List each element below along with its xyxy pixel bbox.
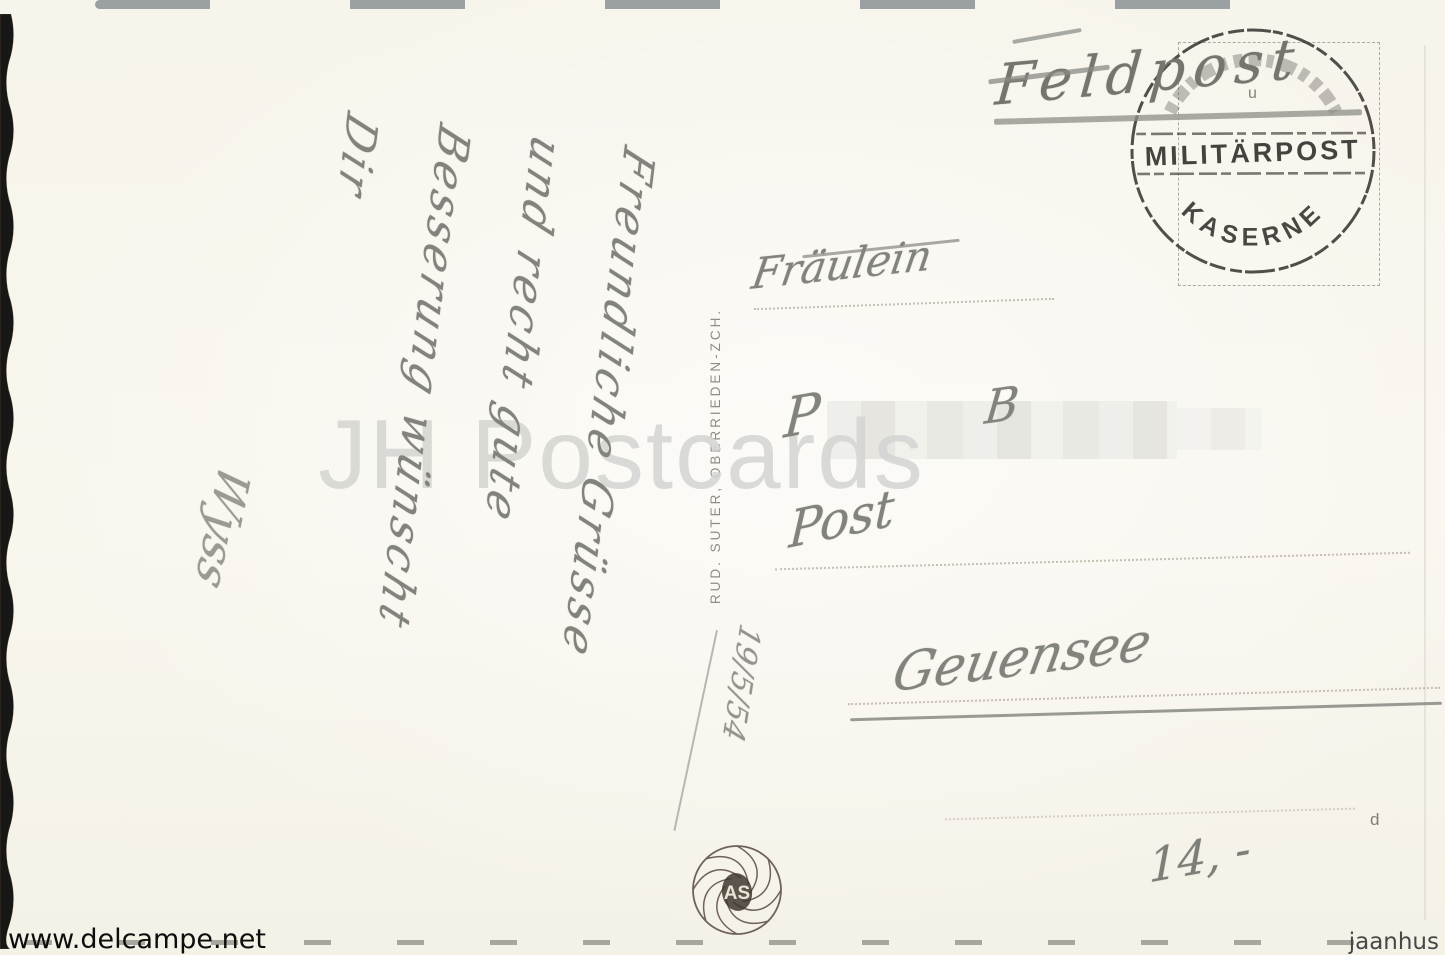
dotted-address-line-1 — [754, 298, 1054, 310]
postcard-back-scan: u MILITÄRPOST KASERNE Feldpost JH Postca… — [0, 0, 1445, 955]
town-pencil-underline — [850, 702, 1442, 722]
card-right-edge — [1424, 45, 1426, 920]
delcampe-credit: www.delcampe.net — [8, 924, 266, 955]
dotted-address-line-2 — [775, 552, 1410, 571]
addressee-initial-2: B — [982, 375, 1021, 435]
privacy-pixelation-block-small — [1177, 408, 1262, 450]
postmark-center-text: MILITÄRPOST — [1144, 134, 1361, 172]
postmark-bottom-text: KASERNE — [1176, 196, 1330, 251]
handwritten-message: Freundliche Grüsse und recht gute Besser… — [225, 109, 685, 830]
address-salutation: Fräulein — [749, 230, 936, 299]
printed-sorting-mark: d — [1370, 810, 1379, 830]
deckle-edge-top-dashes — [95, 0, 1325, 9]
seller-watermark: jaanhus — [1349, 929, 1439, 955]
logo-monogram: AS — [724, 883, 750, 904]
addressee-initial-1: P — [782, 380, 822, 451]
feldpost-strike-line-1 — [1012, 28, 1082, 44]
deckle-edge-left — [0, 14, 18, 949]
address-line-town: Geuensee — [888, 611, 1156, 704]
publisher-pinwheel-logo: AS — [689, 842, 785, 938]
price-note: 14, - — [1149, 821, 1251, 894]
dotted-address-line-4 — [945, 808, 1355, 821]
